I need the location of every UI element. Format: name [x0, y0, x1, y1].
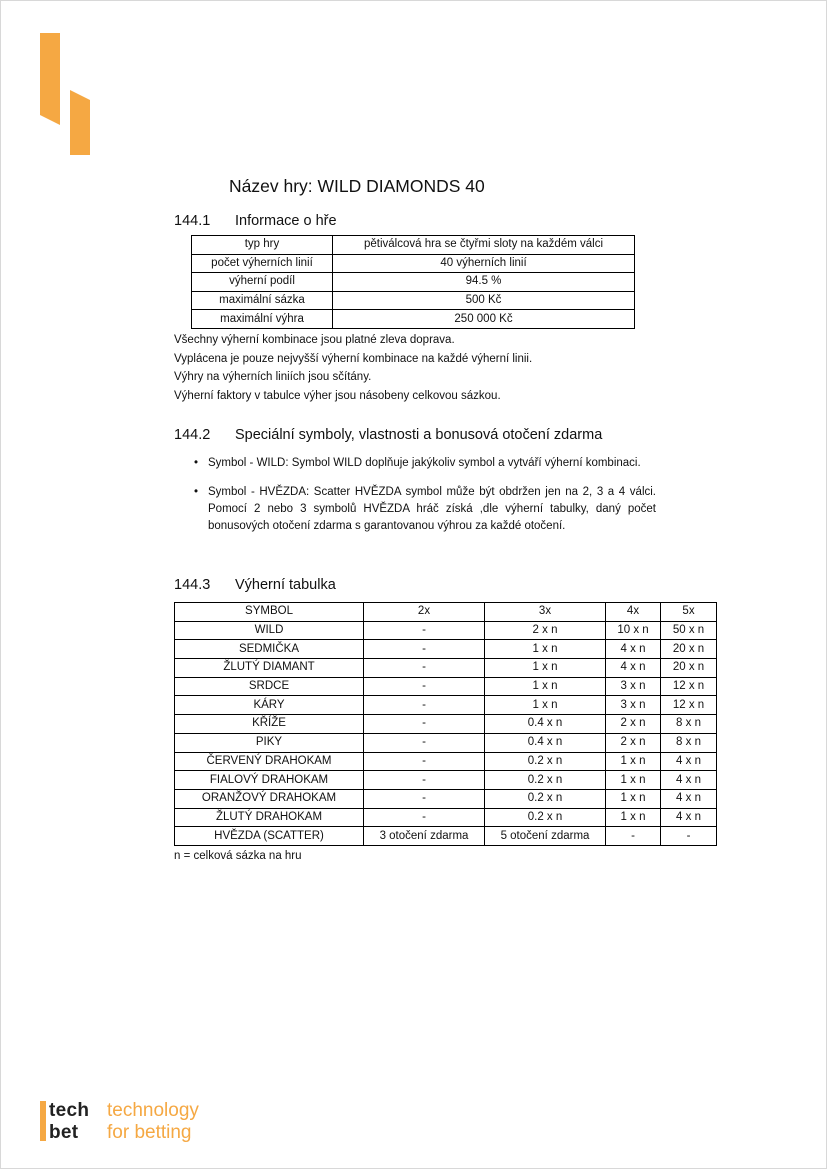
payout-cell: 0.2 x n — [485, 808, 606, 827]
table-row: KÁRY-1 x n3 x n12 x n — [175, 696, 717, 715]
symbol-name: FIALOVÝ DRAHOKAM — [175, 771, 364, 790]
info-value: 40 výherních linií — [333, 254, 635, 273]
rules-notes: Všechny výherní kombinace jsou platné zl… — [174, 331, 532, 406]
symbol-name: ŽLUTÝ DRAHOKAM — [175, 808, 364, 827]
info-value: 94.5 % — [333, 273, 635, 292]
section-heading-paytable: 144.3Výherní tabulka — [174, 577, 336, 593]
payout-cell: - — [364, 659, 485, 678]
section-title: Výherní tabulka — [235, 577, 336, 593]
special-symbols-list: • Symbol - WILD: Symbol WILD doplňuje ja… — [192, 455, 656, 547]
brand-for-betting: for betting — [107, 1122, 192, 1144]
section-heading-info: 144.1Informace o hře — [174, 213, 337, 229]
info-key: počet výherních linií — [192, 254, 333, 273]
table-row: počet výherních linií40 výherních linií — [192, 254, 635, 273]
table-header-row: SYMBOL2x3x4x5x — [175, 603, 717, 622]
paytable-footnote: n = celková sázka na hru — [174, 850, 302, 862]
table-row: PIKY-0.4 x n2 x n8 x n — [175, 733, 717, 752]
payout-cell: 4 x n — [661, 752, 717, 771]
note-line: Všechny výherní kombinace jsou platné zl… — [174, 331, 532, 350]
payout-cell: - — [364, 752, 485, 771]
payout-cell: 1 x n — [606, 808, 661, 827]
payout-cell: 1 x n — [606, 771, 661, 790]
column-header: 2x — [364, 603, 485, 622]
payout-cell: 0.4 x n — [485, 733, 606, 752]
symbol-name: PIKY — [175, 733, 364, 752]
paytable: SYMBOL2x3x4x5xWILD-2 x n10 x n50 x nSEDM… — [174, 602, 717, 846]
column-header: 4x — [606, 603, 661, 622]
payout-cell: 5 otočení zdarma — [485, 827, 606, 846]
brand-bar-icon — [40, 1101, 46, 1141]
table-row: výherní podíl94.5 % — [192, 273, 635, 292]
techbet-logo-icon — [40, 33, 92, 155]
info-key: maximální sázka — [192, 291, 333, 310]
symbol-name: ČERVENÝ DRAHOKAM — [175, 752, 364, 771]
info-key: typ hry — [192, 236, 333, 255]
note-line: Výhry na výherních liniích jsou sčítány. — [174, 368, 532, 387]
section-heading-special: 144.2Speciální symboly, vlastnosti a bon… — [174, 427, 602, 443]
table-row: maximální výhra250 000 Kč — [192, 310, 635, 329]
section-number: 144.3 — [174, 577, 235, 593]
payout-cell: 1 x n — [485, 696, 606, 715]
note-line: Výherní faktory v tabulce výher jsou nás… — [174, 387, 532, 406]
page-title: Název hry: WILD DIAMONDS 40 — [229, 176, 485, 197]
table-row: KŘÍŽE-0.4 x n2 x n8 x n — [175, 715, 717, 734]
payout-cell: 4 x n — [606, 640, 661, 659]
payout-cell: 10 x n — [606, 621, 661, 640]
symbol-name: WILD — [175, 621, 364, 640]
bullet-icon: • — [194, 455, 198, 472]
payout-cell: 8 x n — [661, 733, 717, 752]
game-info-table: typ hrypětiválcová hra se čtyřmi sloty n… — [191, 235, 635, 329]
section-title: Informace o hře — [235, 213, 337, 229]
payout-cell: - — [364, 640, 485, 659]
bullet-text: Symbol - WILD: Symbol WILD doplňuje jaký… — [208, 457, 641, 469]
section-number: 144.2 — [174, 427, 235, 443]
payout-cell: 12 x n — [661, 696, 717, 715]
brand-bet: bet — [49, 1122, 78, 1144]
section-title: Speciální symboly, vlastnosti a bonusová… — [235, 427, 602, 443]
payout-cell: 0.2 x n — [485, 771, 606, 790]
table-row: typ hrypětiválcová hra se čtyřmi sloty n… — [192, 236, 635, 255]
list-item: • Symbol - WILD: Symbol WILD doplňuje ja… — [192, 455, 656, 472]
table-row: HVĚZDA (SCATTER)3 otočení zdarma5 otočen… — [175, 827, 717, 846]
payout-cell: - — [364, 696, 485, 715]
brand-technology: technology — [107, 1100, 199, 1122]
column-header: 5x — [661, 603, 717, 622]
payout-cell: - — [364, 733, 485, 752]
info-key: výherní podíl — [192, 273, 333, 292]
payout-cell: 2 x n — [485, 621, 606, 640]
payout-cell: 12 x n — [661, 677, 717, 696]
payout-cell: 1 x n — [606, 789, 661, 808]
payout-cell: 1 x n — [485, 677, 606, 696]
column-header: SYMBOL — [175, 603, 364, 622]
table-row: maximální sázka500 Kč — [192, 291, 635, 310]
payout-cell: 20 x n — [661, 659, 717, 678]
payout-cell: 4 x n — [661, 771, 717, 790]
payout-cell: 0.4 x n — [485, 715, 606, 734]
info-value: 500 Kč — [333, 291, 635, 310]
info-key: maximální výhra — [192, 310, 333, 329]
payout-cell: 2 x n — [606, 715, 661, 734]
table-row: ŽLUTÝ DRAHOKAM-0.2 x n1 x n4 x n — [175, 808, 717, 827]
payout-cell: 0.2 x n — [485, 789, 606, 808]
payout-cell: 4 x n — [661, 789, 717, 808]
column-header: 3x — [485, 603, 606, 622]
note-line: Vyplácena je pouze nejvyšší výherní komb… — [174, 350, 532, 369]
payout-cell: - — [364, 771, 485, 790]
payout-cell: 0.2 x n — [485, 752, 606, 771]
payout-cell: 1 x n — [485, 659, 606, 678]
table-row: WILD-2 x n10 x n50 x n — [175, 621, 717, 640]
payout-cell: - — [364, 621, 485, 640]
payout-cell: 3 otočení zdarma — [364, 827, 485, 846]
symbol-name: KÁRY — [175, 696, 364, 715]
table-row: ŽLUTÝ DIAMANT-1 x n4 x n20 x n — [175, 659, 717, 678]
payout-cell: - — [661, 827, 717, 846]
info-value: pětiválcová hra se čtyřmi sloty na každé… — [333, 236, 635, 255]
bullet-icon: • — [194, 484, 198, 501]
symbol-name: SEDMIČKA — [175, 640, 364, 659]
payout-cell: 3 x n — [606, 677, 661, 696]
list-item: • Symbol - HVĚZDA: Scatter HVĚZDA symbol… — [192, 484, 656, 535]
brand-tech: tech — [49, 1100, 89, 1122]
payout-cell: 8 x n — [661, 715, 717, 734]
payout-cell: 1 x n — [606, 752, 661, 771]
table-row: SEDMIČKA-1 x n4 x n20 x n — [175, 640, 717, 659]
section-number: 144.1 — [174, 213, 235, 229]
bullet-text: Symbol - HVĚZDA: Scatter HVĚZDA symbol m… — [208, 486, 656, 532]
table-row: ORANŽOVÝ DRAHOKAM-0.2 x n1 x n4 x n — [175, 789, 717, 808]
symbol-name: ŽLUTÝ DIAMANT — [175, 659, 364, 678]
payout-cell: 20 x n — [661, 640, 717, 659]
payout-cell: - — [364, 789, 485, 808]
symbol-name: ORANŽOVÝ DRAHOKAM — [175, 789, 364, 808]
symbol-name: HVĚZDA (SCATTER) — [175, 827, 364, 846]
payout-cell: - — [364, 677, 485, 696]
table-row: SRDCE-1 x n3 x n12 x n — [175, 677, 717, 696]
symbol-name: SRDCE — [175, 677, 364, 696]
payout-cell: 2 x n — [606, 733, 661, 752]
payout-cell: 4 x n — [606, 659, 661, 678]
payout-cell: - — [606, 827, 661, 846]
table-row: FIALOVÝ DRAHOKAM-0.2 x n1 x n4 x n — [175, 771, 717, 790]
payout-cell: - — [364, 715, 485, 734]
payout-cell: 1 x n — [485, 640, 606, 659]
table-row: ČERVENÝ DRAHOKAM-0.2 x n1 x n4 x n — [175, 752, 717, 771]
symbol-name: KŘÍŽE — [175, 715, 364, 734]
info-value: 250 000 Kč — [333, 310, 635, 329]
payout-cell: - — [364, 808, 485, 827]
payout-cell: 50 x n — [661, 621, 717, 640]
payout-cell: 3 x n — [606, 696, 661, 715]
payout-cell: 4 x n — [661, 808, 717, 827]
